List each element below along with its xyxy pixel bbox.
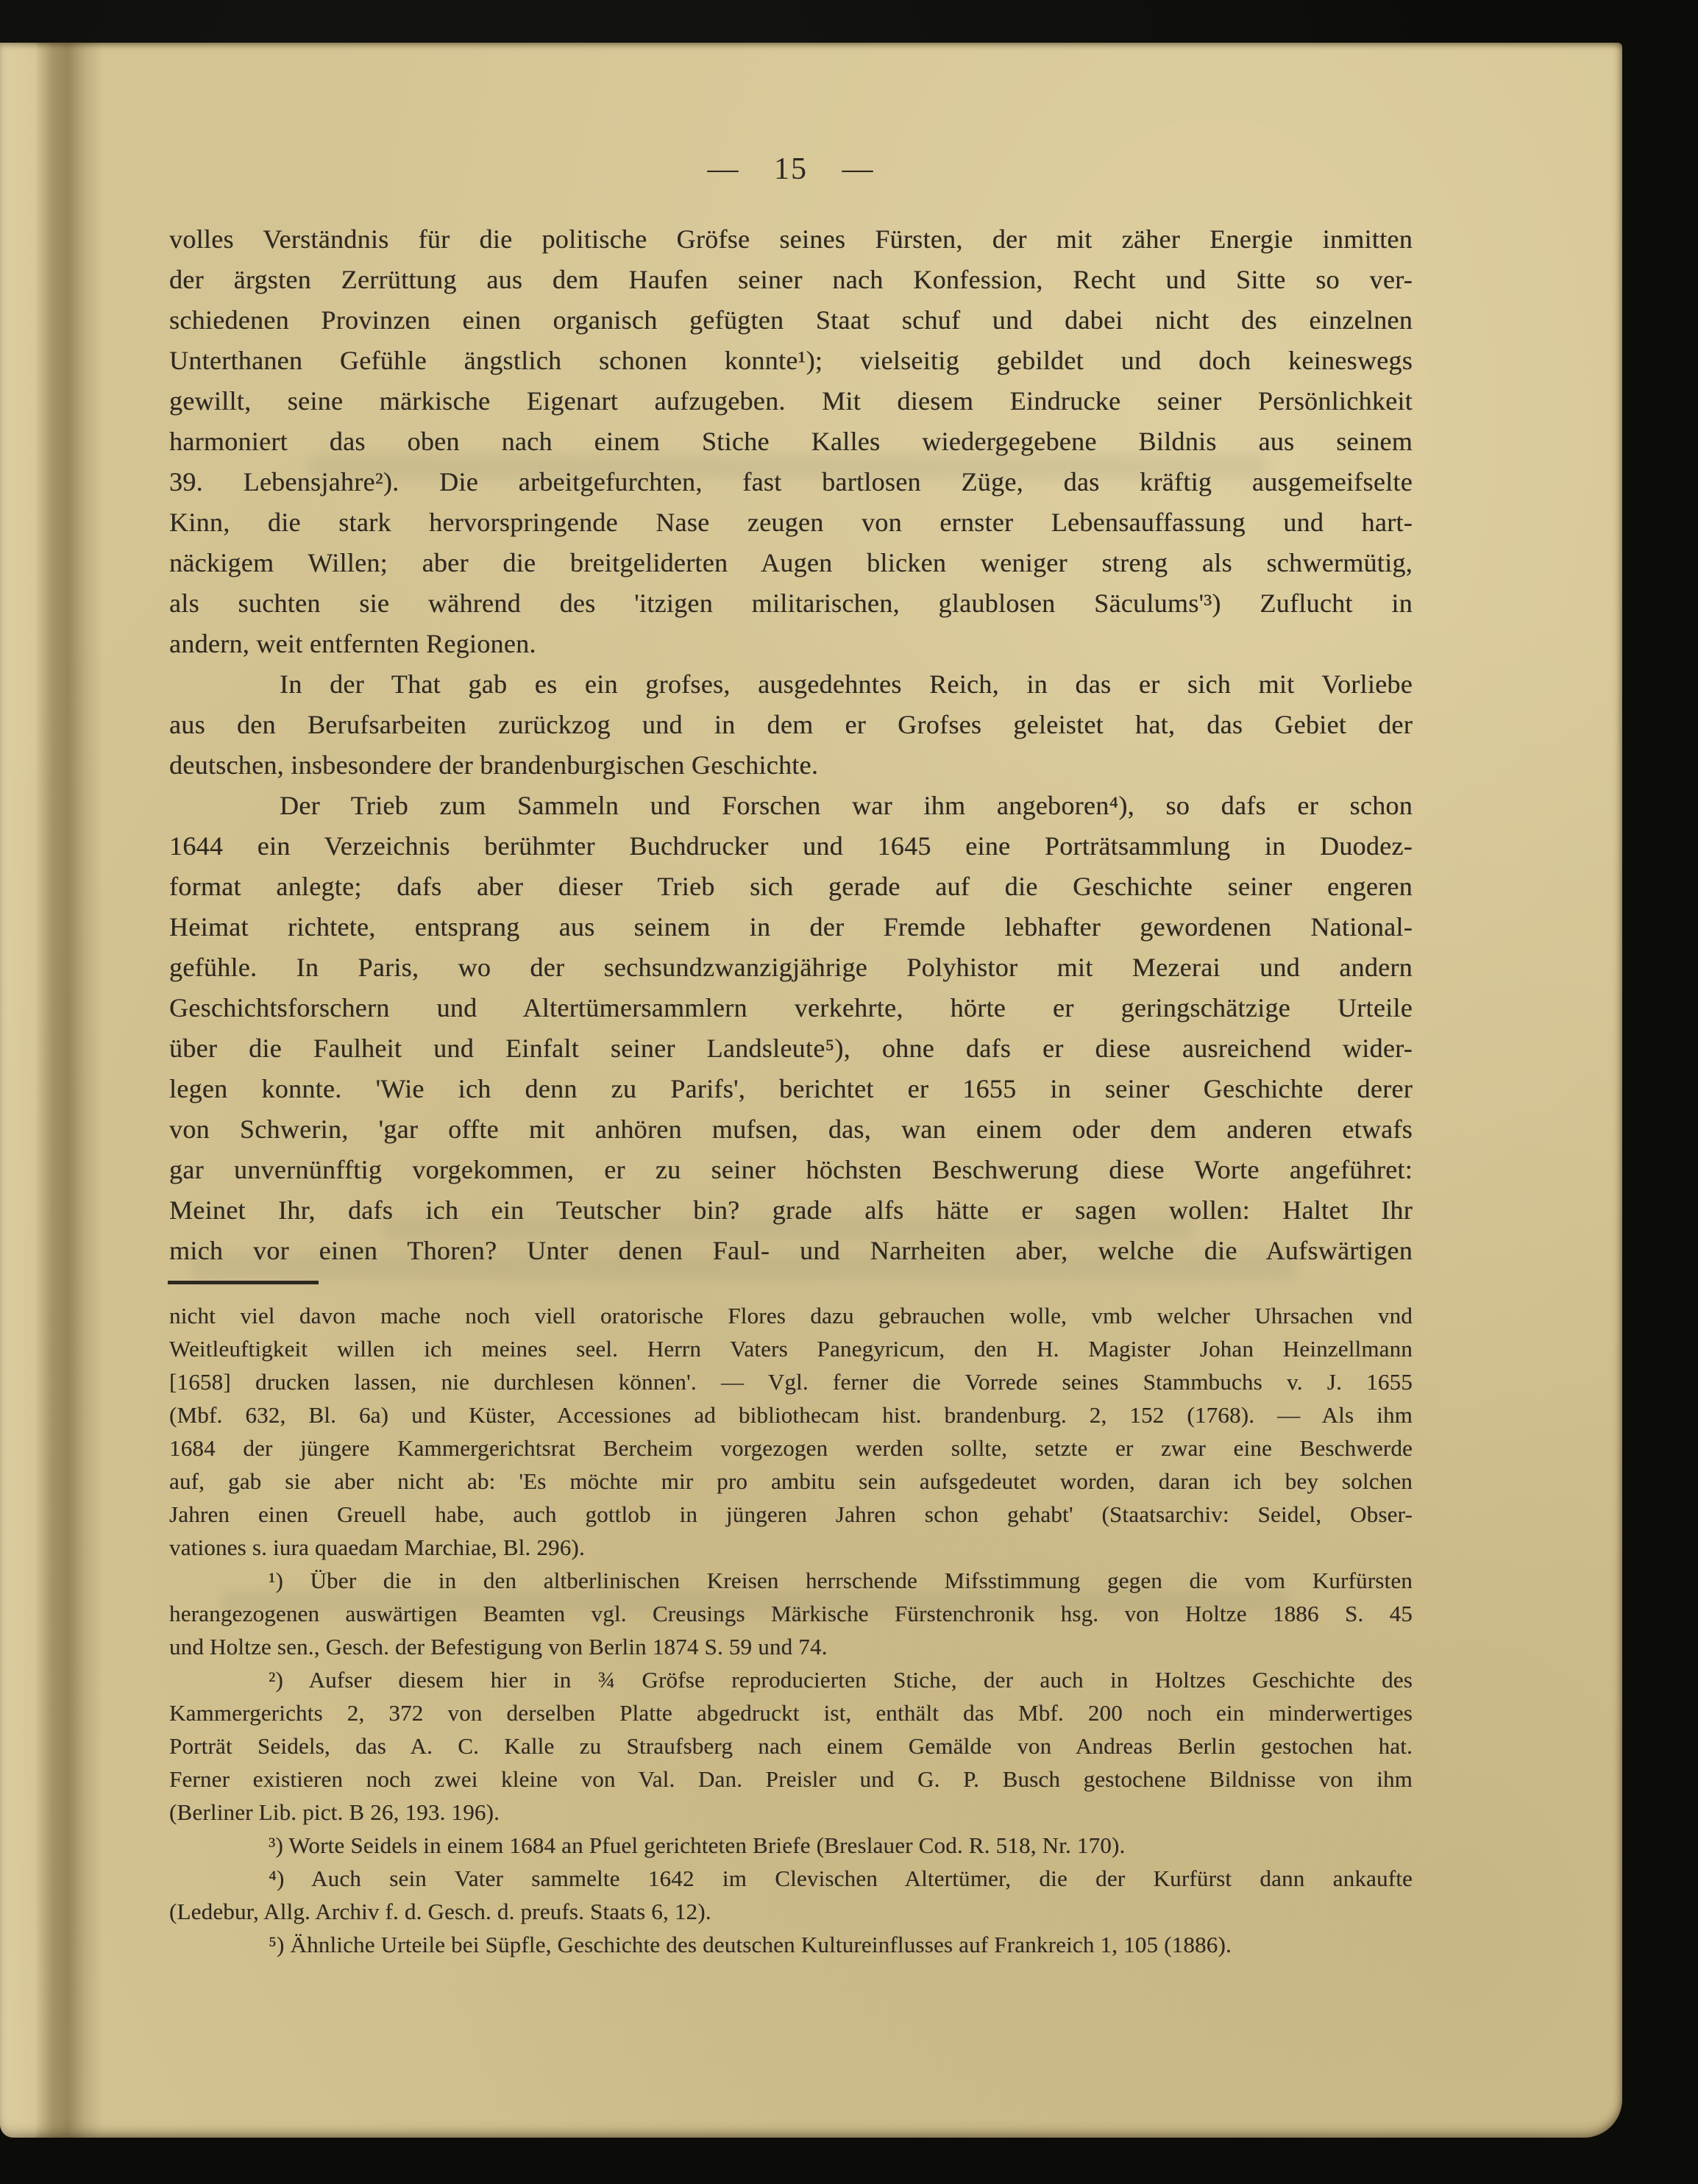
main-text-line: gewillt, seine märkische Eigenart aufzug… (169, 381, 1413, 421)
footnote-line: ¹) Über die in den altberlinischen Kreis… (169, 1564, 1413, 1597)
main-text-line: näckigem Willen; aber die breitgeliderte… (169, 543, 1413, 583)
gutter-shadow (35, 43, 103, 2138)
main-text-line: gefühle. In Paris, wo der sechsundzwanzi… (169, 947, 1413, 988)
main-text-block: volles Verständnis für die politische Gr… (169, 219, 1413, 1271)
footnote-line: (Berliner Lib. pict. B 26, 193. 196). (169, 1796, 1413, 1829)
main-text-line: schiedenen Provinzen einen organisch gef… (169, 300, 1413, 341)
footnote-line: vationes s. iura quaedam Marchiae, Bl. 2… (169, 1531, 1413, 1564)
footnote-line: und Holtze sen., Gesch. der Befestigung … (169, 1630, 1413, 1663)
footnote-line: (Ledebur, Allg. Archiv f. d. Gesch. d. p… (169, 1895, 1413, 1928)
footnote-line: nicht viel davon mache noch viell orator… (169, 1299, 1413, 1332)
main-text-line: gar unvernünfftig vorgekommen, er zu sei… (169, 1150, 1413, 1190)
footnote-line: Porträt Seidels, das A. C. Kalle zu Stra… (169, 1729, 1413, 1763)
page-number-header: — 15 — (169, 152, 1413, 187)
footnotes-block: nicht viel davon mache noch viell orator… (169, 1299, 1413, 1961)
main-text-line: harmoniert das oben nach einem Stiche Ka… (169, 421, 1413, 462)
footnote-line: Weitleuftigkeit willen ich meines seel. … (169, 1332, 1413, 1365)
main-text-line: andern, weit entfernten Regionen. (169, 624, 1413, 664)
main-text-line: Meinet Ihr, dafs ich ein Teutscher bin? … (169, 1190, 1413, 1231)
footnote-line: herangezogenen auswärtigen Beamten vgl. … (169, 1597, 1413, 1630)
footnote-line: 1684 der jüngere Kammergerichtsrat Berch… (169, 1431, 1413, 1465)
scanner-background: — 15 — volles Verständnis für die politi… (0, 0, 1698, 2184)
main-text-line: aus den Berufsarbeiten zurückzog und in … (169, 705, 1413, 745)
main-text-line: mich vor einen Thoren? Unter denen Faul-… (169, 1231, 1413, 1271)
main-text-line: Geschichtsforschern und Altertümersammle… (169, 988, 1413, 1028)
footnote-separator-rule (168, 1281, 319, 1284)
main-text-line: volles Verständnis für die politische Gr… (169, 219, 1413, 260)
book-page: — 15 — volles Verständnis für die politi… (0, 43, 1622, 2138)
footnote-line: Jahren einen Greuell habe, auch gottlob … (169, 1498, 1413, 1531)
footnote-line: ²) Aufser diesem hier in ¾ Gröfse reprod… (169, 1663, 1413, 1696)
main-text-line: als suchten sie während des 'itzigen mil… (169, 583, 1413, 624)
main-text-line: deutschen, insbesondere der brandenburgi… (169, 745, 1413, 786)
main-text-line: von Schwerin, 'gar offte mit anhören muf… (169, 1109, 1413, 1150)
main-text-line: legen konnte. 'Wie ich denn zu Parifs', … (169, 1069, 1413, 1109)
footnote-line: ³) Worte Seidels in einem 1684 an Pfuel … (169, 1829, 1413, 1862)
main-text-line: format anlegte; dafs aber dieser Trieb s… (169, 867, 1413, 907)
main-text-line: über die Faulheit und Einfalt seiner Lan… (169, 1028, 1413, 1069)
footnote-line: ⁵) Ähnliche Urteile bei Süpfle, Geschich… (169, 1928, 1413, 1961)
main-text-line: der ärgsten Zerrüttung aus dem Haufen se… (169, 260, 1413, 300)
adjacent-page-edge (0, 43, 37, 2138)
main-text-line: Der Trieb zum Sammeln und Forschen war i… (169, 786, 1413, 826)
footnote-line: Kammergerichts 2, 372 von derselben Plat… (169, 1696, 1413, 1729)
main-text-line: 1644 ein Verzeichnis berühmter Buchdruck… (169, 826, 1413, 867)
footnote-line: (Mbf. 632, Bl. 6a) und Küster, Accession… (169, 1398, 1413, 1431)
footnote-line: ⁴) Auch sein Vater sammelte 1642 im Clev… (169, 1862, 1413, 1895)
footnote-line: auf, gab sie aber nicht ab: 'Es möchte m… (169, 1465, 1413, 1498)
main-text-line: Kinn, die stark hervorspringende Nase ze… (169, 502, 1413, 543)
main-text-line: 39. Lebensjahre²). Die arbeitgefurchten,… (169, 462, 1413, 502)
footnote-line: [1658] drucken lassen, nie durchlesen kö… (169, 1365, 1413, 1398)
footnote-line: Ferner existieren noch zwei kleine von V… (169, 1763, 1413, 1796)
main-text-line: Unterthanen Gefühle ängstlich schonen ko… (169, 341, 1413, 381)
main-text-line: Heimat richtete, entsprang aus seinem in… (169, 907, 1413, 947)
main-text-line: In der That gab es ein grofses, ausgedeh… (169, 664, 1413, 705)
